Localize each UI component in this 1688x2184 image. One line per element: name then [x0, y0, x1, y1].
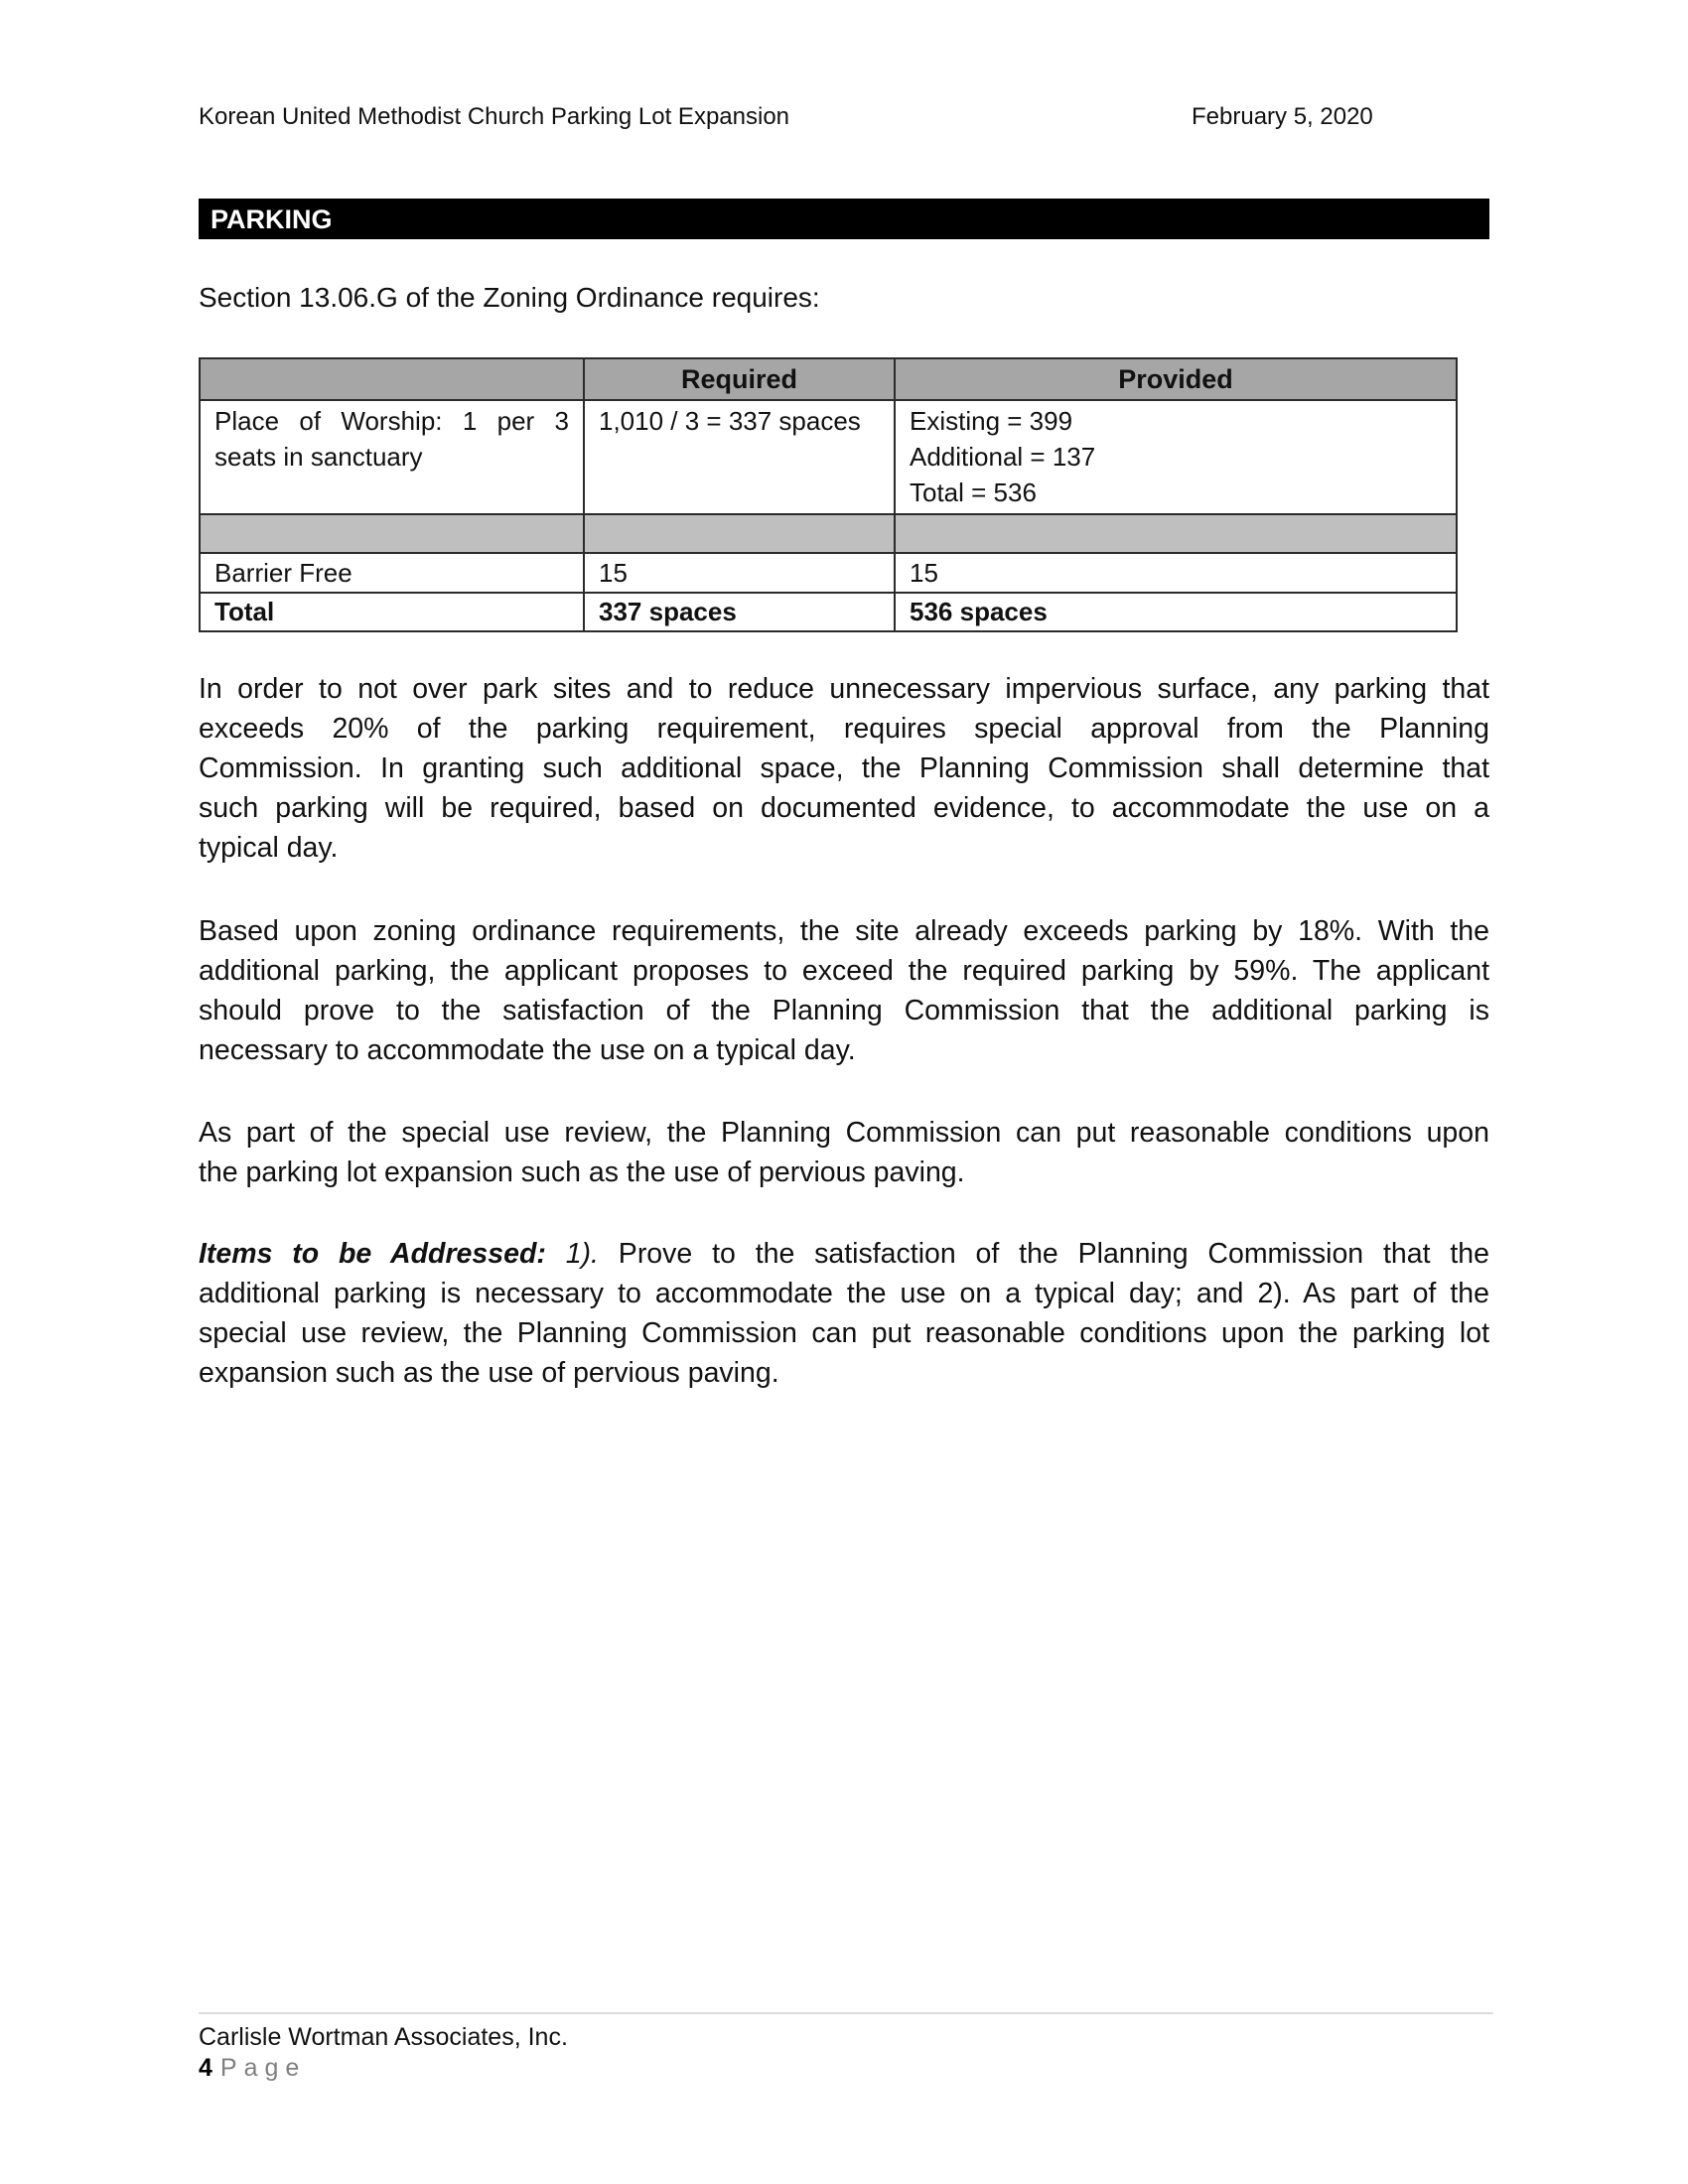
- row-label: Barrier Free: [200, 553, 584, 593]
- paragraph-line: expansion such as the use of pervious pa…: [199, 1353, 1489, 1393]
- paragraph-line: special use review, the Planning Commiss…: [199, 1313, 1489, 1353]
- paragraph-line: exceeds 20% of the parking requirement, …: [199, 709, 1489, 749]
- row-required: [584, 514, 895, 553]
- table-row: Barrier Free 15 15: [200, 553, 1457, 593]
- table-header-provided: Provided: [895, 358, 1457, 400]
- section-heading: PARKING: [211, 205, 333, 234]
- row-required: 1,010 / 3 = 337 spaces: [584, 400, 895, 514]
- provided-total: Total = 536: [910, 475, 1442, 510]
- row-provided: 536 spaces: [895, 593, 1457, 631]
- paragraph-line: should prove to the satisfaction of the …: [199, 991, 1489, 1030]
- page-number: 4: [199, 2054, 212, 2082]
- table-row-total: Total 337 spaces 536 spaces: [200, 593, 1457, 631]
- section-heading-bar: PARKING: [199, 199, 1489, 239]
- footer-page-number: 4Page: [199, 2053, 306, 2083]
- document-header-title: Korean United Methodist Church Parking L…: [199, 102, 789, 132]
- row-provided: [895, 514, 1457, 553]
- paragraph-line: Based upon zoning ordinance requirements…: [199, 911, 1489, 951]
- paragraph-line: typical day.: [199, 828, 1489, 868]
- provided-additional: Additional = 137: [910, 439, 1442, 475]
- item-text: Prove to the satisfaction of the Plannin…: [599, 1238, 1489, 1270]
- table-header-row: Required Provided: [200, 358, 1457, 400]
- document-header-date: February 5, 2020: [1192, 102, 1373, 132]
- paragraph-line: such parking will be required, based on …: [199, 788, 1489, 828]
- item-number: 1).: [546, 1238, 599, 1270]
- row-label: [200, 514, 584, 553]
- paragraph-line: Items to be Addressed: 1). Prove to the …: [199, 1234, 1489, 1274]
- table-header-cell: [200, 358, 584, 400]
- footer-organization: Carlisle Wortman Associates, Inc.: [199, 2022, 568, 2052]
- section-intro: Section 13.06.G of the Zoning Ordinance …: [199, 280, 820, 316]
- provided-existing: Existing = 399: [910, 403, 1442, 439]
- table-row: Place of Worship: 1 per 3 seats in sanct…: [200, 400, 1457, 514]
- items-label: Items to be Addressed:: [199, 1238, 546, 1270]
- table-header-required: Required: [584, 358, 895, 400]
- paragraph-line: the parking lot expansion such as the us…: [199, 1153, 1489, 1192]
- paragraph-line: necessary to accommodate the use on a ty…: [199, 1030, 1489, 1070]
- paragraph-line: additional parking, the applicant propos…: [199, 951, 1489, 991]
- page-label: Page: [220, 2054, 306, 2082]
- parking-requirements-table: Required Provided Place of Worship: 1 pe…: [199, 357, 1458, 632]
- row-label: Total: [200, 593, 584, 631]
- row-provided: Existing = 399 Additional = 137 Total = …: [895, 400, 1457, 514]
- footer-divider: [199, 2012, 1493, 2014]
- row-required: 337 spaces: [584, 593, 895, 631]
- paragraph-line: additional parking is necessary to accom…: [199, 1274, 1489, 1313]
- paragraph-line: Commission. In granting such additional …: [199, 749, 1489, 788]
- row-label: Place of Worship: 1 per 3 seats in sanct…: [200, 400, 584, 514]
- row-required: 15: [584, 553, 895, 593]
- paragraph-line: As part of the special use review, the P…: [199, 1113, 1489, 1153]
- table-row-separator: [200, 514, 1457, 553]
- row-provided: 15: [895, 553, 1457, 593]
- paragraph-line: In order to not over park sites and to r…: [199, 669, 1489, 709]
